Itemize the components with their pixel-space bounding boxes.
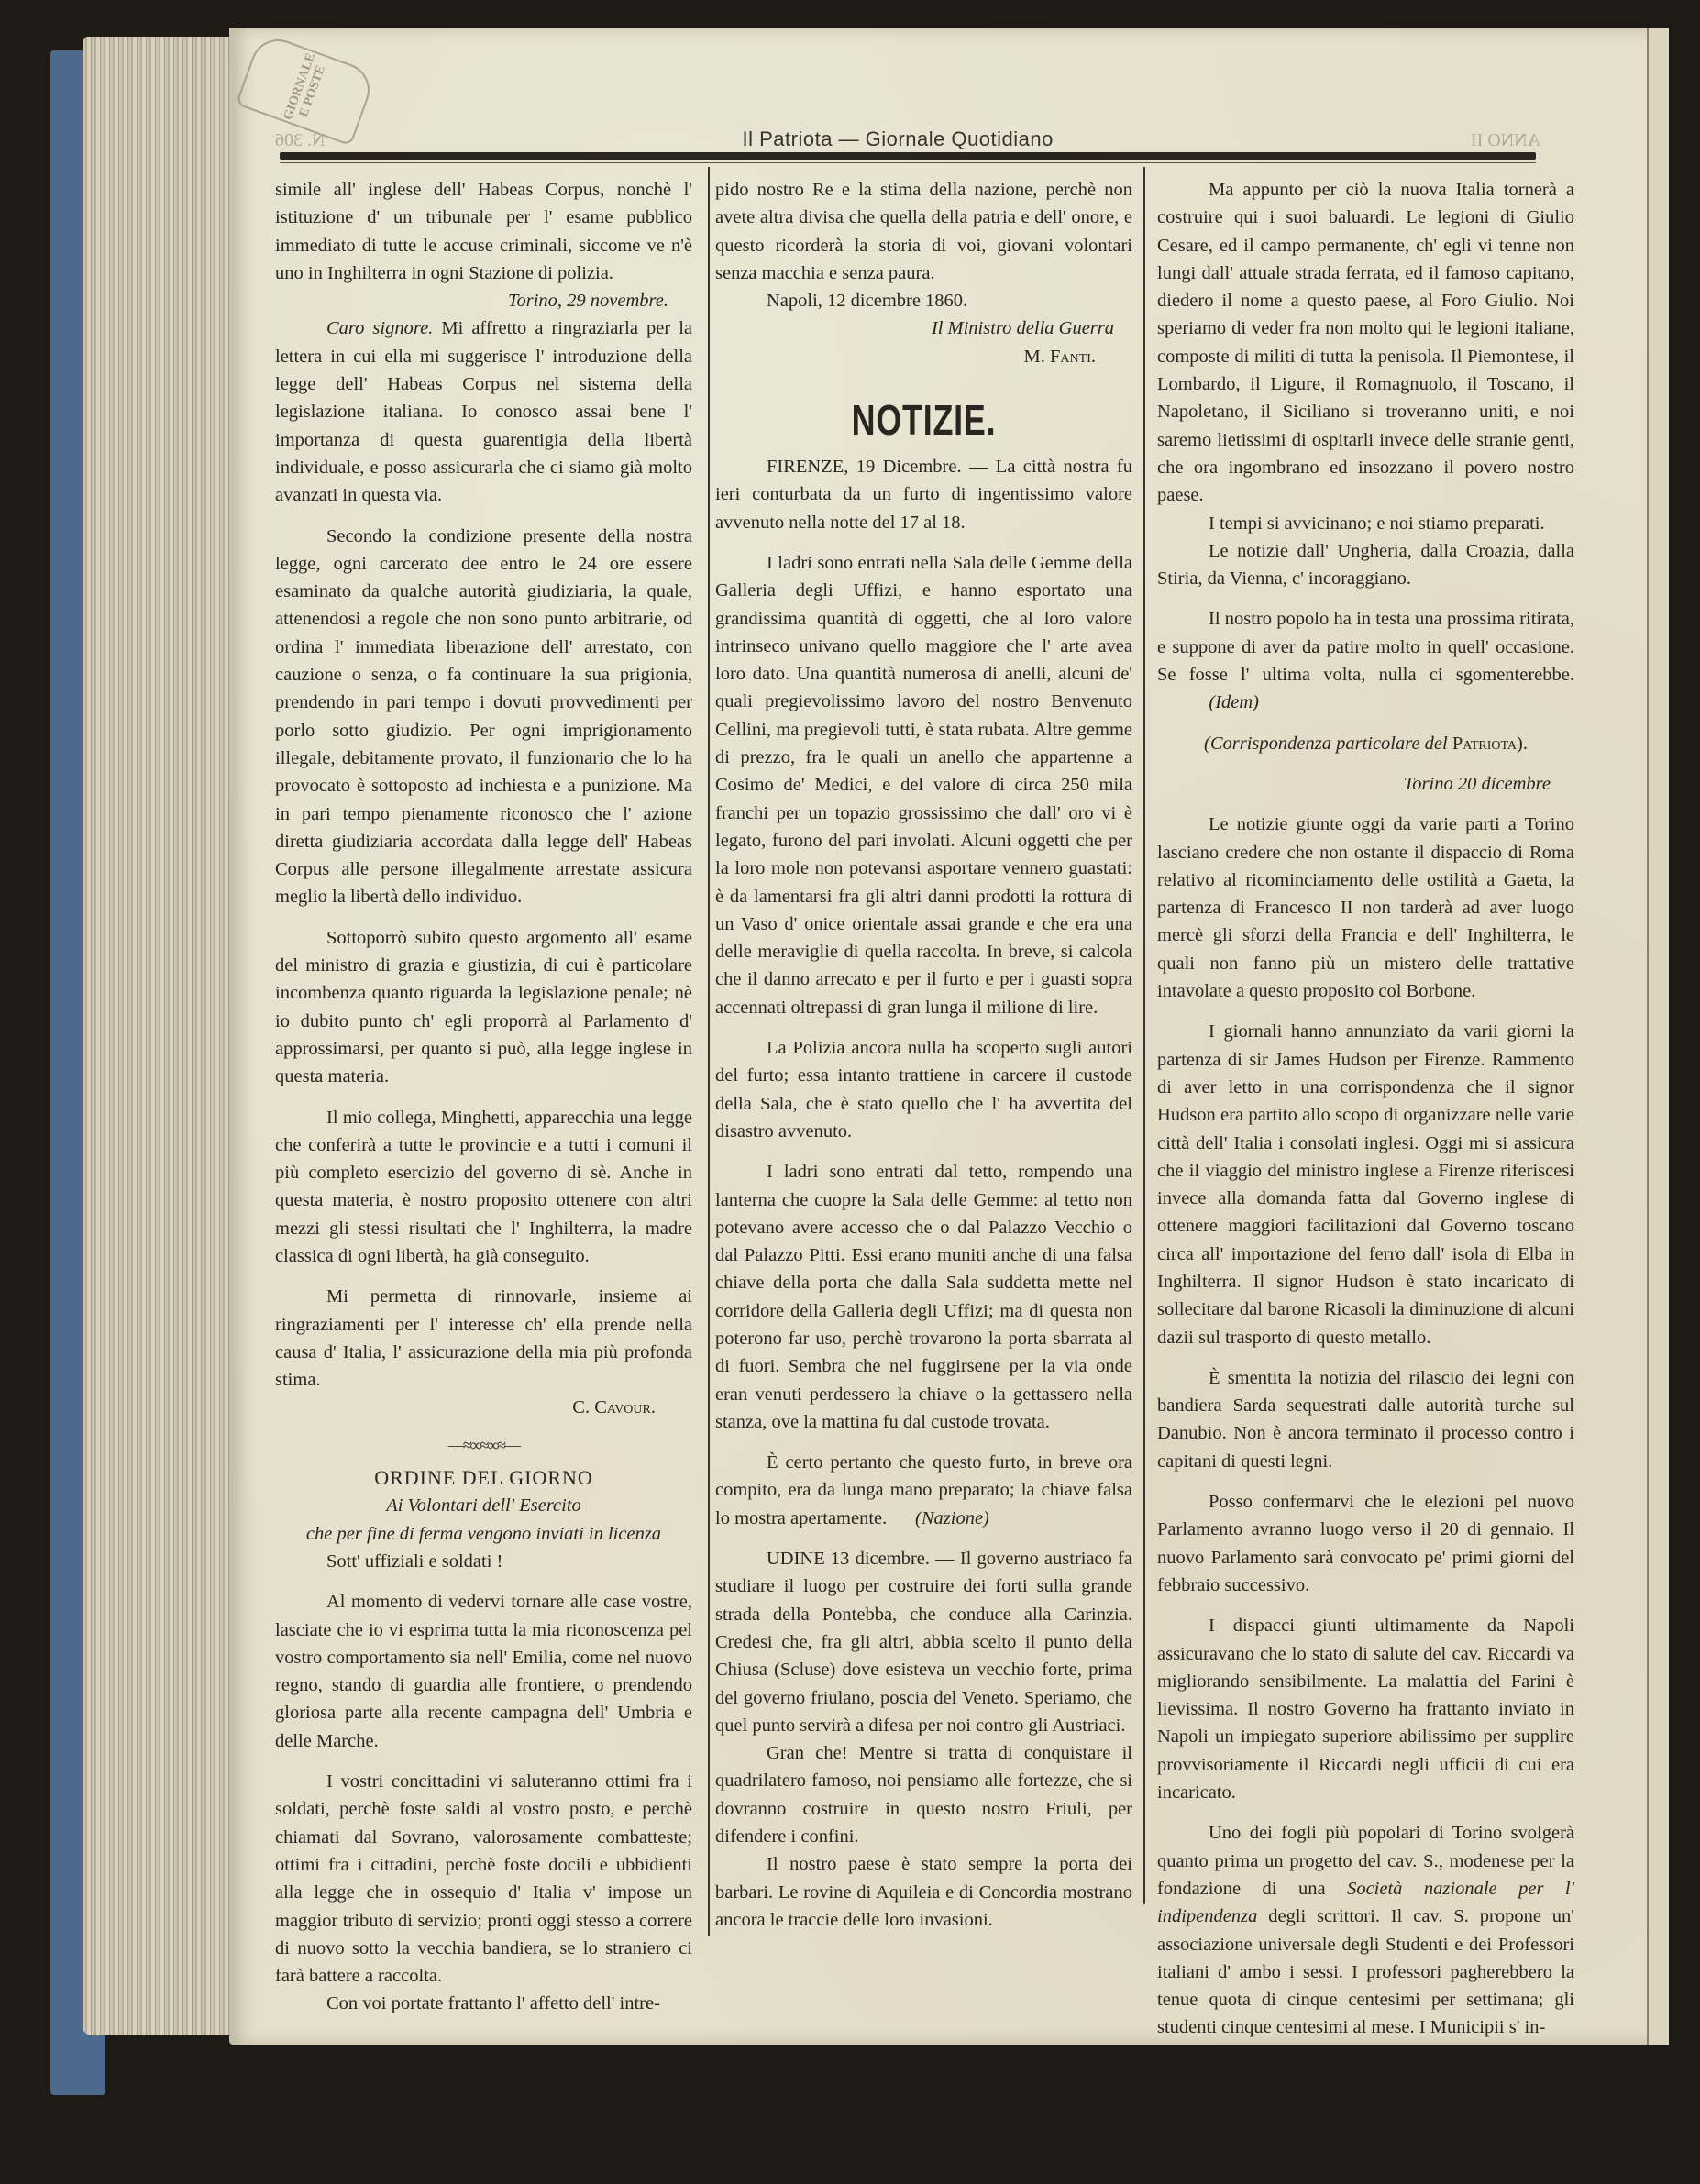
ornament-divider: —≈∞≈∞≈— bbox=[275, 1431, 692, 1459]
article-paragraph: Posso confermarvi che le elezioni pel nu… bbox=[1157, 1488, 1574, 1599]
article-paragraph: I ladri sono entrati dal tetto, rompendo… bbox=[715, 1158, 1132, 1436]
article-paragraph: pido nostro Re e la stima della nazione,… bbox=[715, 176, 1132, 287]
section-heading-notizie: NOTIZIE. bbox=[761, 394, 1087, 446]
column-divider-1 bbox=[708, 167, 710, 1936]
subheading: che per fine di ferma vengono inviati in… bbox=[275, 1520, 692, 1548]
issue-number: N. 306 bbox=[275, 130, 325, 151]
article-paragraph: Il mio collega, Minghetti, apparecchia u… bbox=[275, 1104, 692, 1271]
article-paragraph: Le notizie dall' Ungheria, dalla Croazia… bbox=[1157, 537, 1574, 593]
article-paragraph: UDINE 13 dicembre. — Il governo austriac… bbox=[715, 1545, 1132, 1739]
article-paragraph: Il nostro popolo ha in testa una prossim… bbox=[1157, 605, 1574, 716]
book-page-stack bbox=[83, 37, 243, 2035]
article-paragraph: Gran che! Mentre si tratta di conquistar… bbox=[715, 1739, 1132, 1850]
source-attribution: (Idem) bbox=[1209, 692, 1259, 712]
signature-cavour: C. Cavour. bbox=[275, 1394, 692, 1421]
article-paragraph: Mi permetta di rinnovarle, insieme ai ri… bbox=[275, 1283, 692, 1394]
header-rule-thin bbox=[280, 162, 1536, 163]
dateline: Torino, 29 novembre. bbox=[275, 287, 692, 314]
article-paragraph: Secondo la condizione presente della nos… bbox=[275, 523, 692, 911]
article-paragraph: I dispacci giunti ultimamente da Napoli … bbox=[1157, 1612, 1574, 1806]
header-rule-thick bbox=[280, 152, 1536, 160]
paragraph-text: Mi affretto a ringraziarla per la letter… bbox=[275, 318, 692, 505]
article-paragraph: Caro signore. Mi affretto a ringraziarla… bbox=[275, 314, 692, 509]
article-paragraph: È smentita la notizia del rilascio dei l… bbox=[1157, 1364, 1574, 1475]
correspondence-suffix: ). bbox=[1517, 734, 1528, 754]
dateline: Torino 20 dicembre bbox=[1157, 770, 1574, 798]
article-paragraph: I tempi si avvicinano; e noi stiamo prep… bbox=[1157, 510, 1574, 537]
paper-name: Patriota bbox=[1452, 734, 1517, 754]
section-heading-ordine: ORDINE DEL GIORNO bbox=[275, 1464, 692, 1492]
article-paragraph: simile all' inglese dell' Habeas Corpus,… bbox=[275, 176, 692, 287]
article-paragraph: Il nostro paese è stato sempre la porta … bbox=[715, 1850, 1132, 1934]
minister-title: Il Ministro della Guerra bbox=[715, 314, 1132, 342]
article-paragraph: I ladri sono entrati nella Sala delle Ge… bbox=[715, 549, 1132, 1021]
minister-signature: M. Fanti. bbox=[715, 343, 1132, 370]
column-left: simile all' inglese dell' Habeas Corpus,… bbox=[275, 176, 692, 2018]
article-paragraph: È certo pertanto che questo furto, in br… bbox=[715, 1449, 1132, 1532]
subheading: Ai Volontari dell' Esercito bbox=[275, 1492, 692, 1519]
masthead-title: Il Patriota — Giornale Quotidiano bbox=[743, 127, 1054, 151]
column-divider-2 bbox=[1143, 167, 1145, 1904]
column-right: Ma appunto per ciò la nuova Italia torne… bbox=[1157, 176, 1574, 2042]
correspondence-label: (Corrispondenza particolare del Patriota… bbox=[1157, 730, 1574, 757]
article-paragraph: Le notizie giunte oggi da varie parti a … bbox=[1157, 811, 1574, 1005]
column-middle: pido nostro Re e la stima della nazione,… bbox=[715, 176, 1132, 1934]
year-label: ANNO II bbox=[1471, 130, 1540, 151]
source-attribution: (Nazione) bbox=[915, 1508, 989, 1528]
article-paragraph: La Polizia ancora nulla ha scoperto sugl… bbox=[715, 1034, 1132, 1145]
article-paragraph: Sottoporrò subito questo argomento all' … bbox=[275, 924, 692, 1091]
page-header: N. 306 Il Patriota — Giornale Quotidiano… bbox=[275, 115, 1540, 151]
article-paragraph: FIRENZE, 19 Dicembre. — La città nostra … bbox=[715, 453, 1132, 536]
place-date: Napoli, 12 dicembre 1860. bbox=[715, 287, 1132, 314]
page-gutter-edge bbox=[1647, 28, 1669, 2045]
paragraph-text: Il nostro popolo ha in testa una prossim… bbox=[1157, 609, 1574, 685]
salutation: Caro signore. bbox=[326, 318, 433, 338]
article-paragraph: I giornali hanno annunziato da varii gio… bbox=[1157, 1018, 1574, 1351]
article-paragraph: Al momento di vedervi tornare alle case … bbox=[275, 1588, 692, 1755]
article-paragraph: Con voi portate frattanto l' affetto del… bbox=[275, 1990, 692, 2017]
article-paragraph: Ma appunto per ciò la nuova Italia torne… bbox=[1157, 176, 1574, 510]
address-line: Sott' uffiziali e soldati ! bbox=[275, 1548, 692, 1575]
correspondence-prefix: (Corrispondenza particolare del bbox=[1204, 734, 1452, 754]
article-paragraph: I vostri concittadini vi saluteranno ott… bbox=[275, 1768, 692, 1990]
article-paragraph: Uno dei fogli più popolari di Torino svo… bbox=[1157, 1819, 1574, 2041]
